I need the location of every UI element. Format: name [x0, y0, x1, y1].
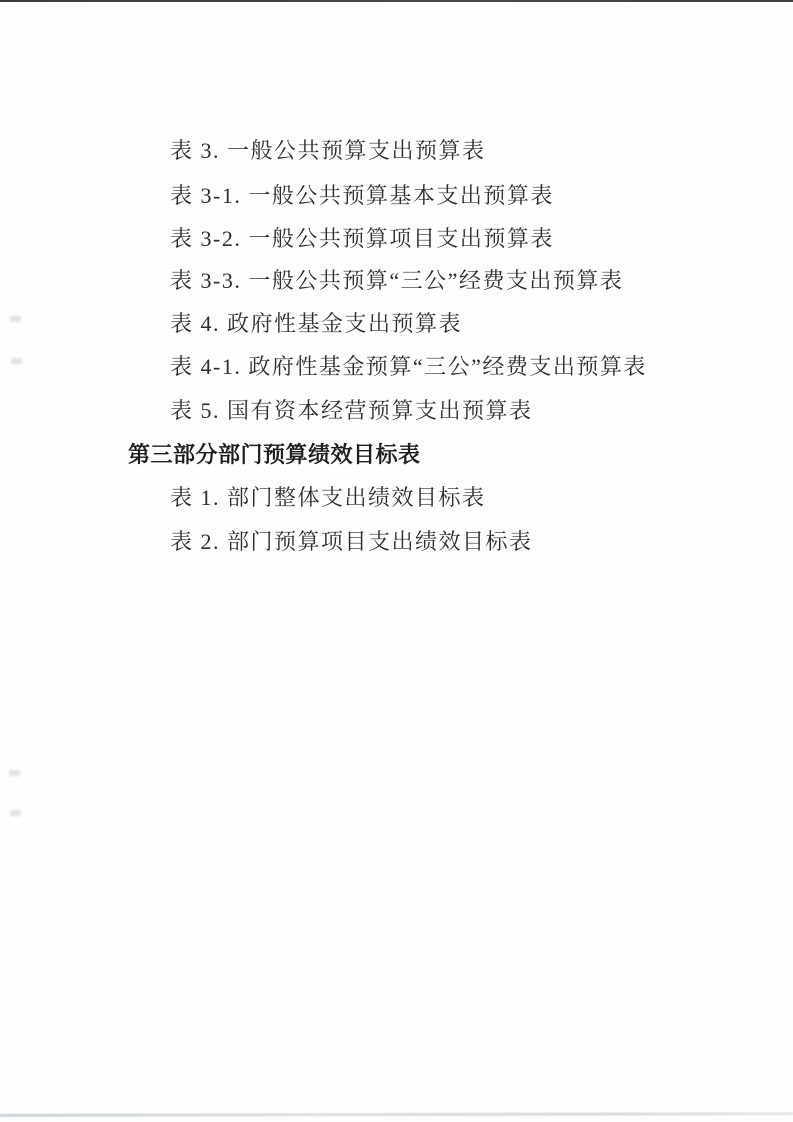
- paper-bottom-edge-line: [0, 1112, 793, 1117]
- toc-entry-perf-table-1: 表 1. 部门整体支出绩效目标表: [170, 485, 486, 511]
- toc-entry-table-3-1: 表 3-1. 一般公共预算基本支出预算表: [170, 183, 554, 209]
- toc-entry-table-3-2: 表 3-2. 一般公共预算项目支出预算表: [170, 226, 554, 252]
- section-heading-part3: 第三部分部门预算绩效目标表: [128, 441, 421, 469]
- toc-entry-table-4: 表 4. 政府性基金支出预算表: [170, 311, 462, 337]
- scan-smudge: [11, 358, 22, 364]
- toc-entry-table-3-3: 表 3-3. 一般公共预算“三公”经费支出预算表: [170, 268, 623, 294]
- scanned-document-page: 表 3. 一般公共预算支出预算表 表 3-1. 一般公共预算基本支出预算表 表 …: [0, 0, 793, 1122]
- scan-smudge: [10, 810, 21, 816]
- toc-entry-table-5: 表 5. 国有资本经营预算支出预算表: [170, 398, 533, 424]
- toc-entry-perf-table-2: 表 2. 部门预算项目支出绩效目标表: [170, 529, 533, 555]
- toc-entry-table-4-1: 表 4-1. 政府性基金预算“三公”经费支出预算表: [170, 354, 647, 380]
- scan-top-edge-line: [0, 0, 793, 2]
- toc-entry-table-3: 表 3. 一般公共预算支出预算表: [170, 138, 486, 164]
- scan-smudge: [9, 770, 20, 776]
- scan-smudge: [10, 316, 21, 322]
